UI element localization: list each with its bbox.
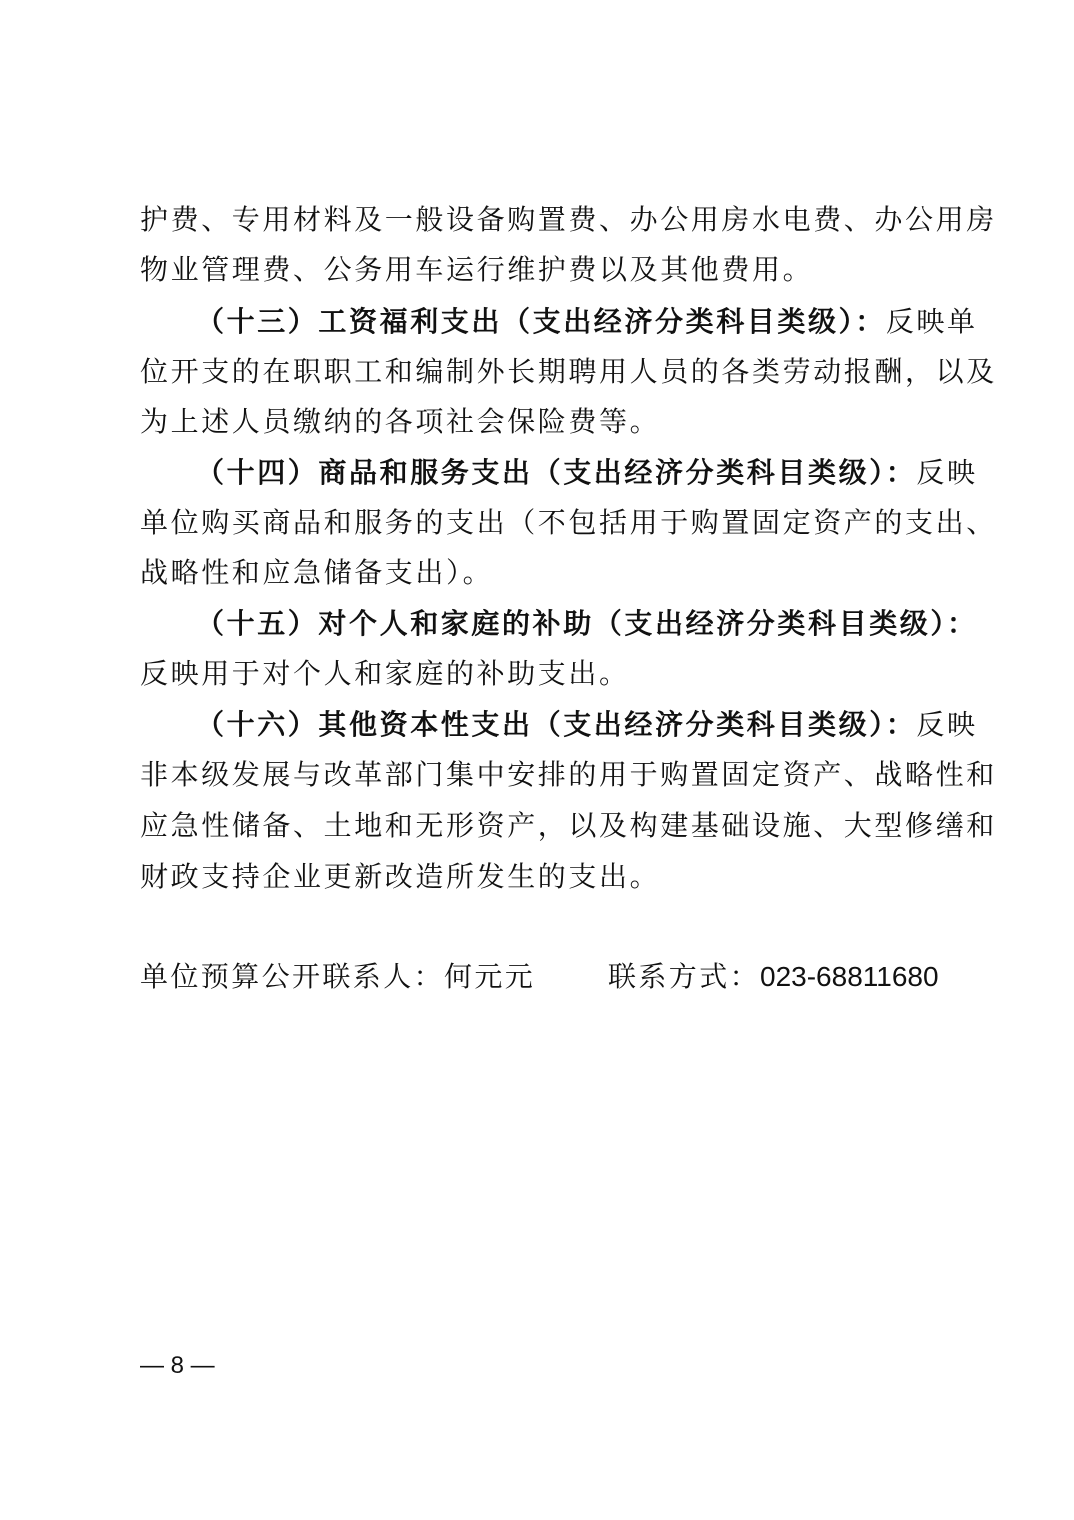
contact-method-label: 联系方式： bbox=[608, 960, 760, 993]
section-13-heading: （十三）工资福利支出（支出经济分类科目类级）： bbox=[196, 305, 886, 338]
section-16-line: 非本级发展与改革部门集中安排的用于购置固定资产、战略性和 bbox=[140, 760, 940, 790]
section-14-text: 反映 bbox=[916, 456, 977, 489]
paragraph-line: 护费、专用材料及一般设备购置费、办公用房水电费、办公用房 bbox=[140, 205, 940, 235]
section-15-line: 反映用于对个人和家庭的补助支出。 bbox=[140, 659, 940, 689]
contact-method: 联系方式：023-68811680 bbox=[608, 962, 939, 992]
contact-person: 单位预算公开联系人：何元元 bbox=[140, 962, 535, 992]
section-13-line: 为上述人员缴纳的各项社会保险费等。 bbox=[140, 407, 940, 437]
section-13-line: 位开支的在职职工和编制外长期聘用人员的各类劳动报酬，以及 bbox=[140, 357, 940, 387]
document-page: 护费、专用材料及一般设备购置费、办公用房水电费、办公用房 物业管理费、公务用车运… bbox=[0, 0, 1074, 1520]
section-14-heading: （十四）商品和服务支出（支出经济分类科目类级）： bbox=[196, 456, 916, 489]
section-15-first-line: （十五）对个人和家庭的补助（支出经济分类科目类级）： bbox=[196, 609, 940, 639]
contact-phone: 023-68811680 bbox=[760, 961, 939, 992]
paragraph-line: 物业管理费、公务用车运行维护费以及其他费用。 bbox=[140, 255, 940, 285]
section-14-line: 战略性和应急储备支出）。 bbox=[140, 558, 940, 588]
section-15-heading: （十五）对个人和家庭的补助（支出经济分类科目类级）： bbox=[196, 607, 978, 640]
section-14-first-line: （十四）商品和服务支出（支出经济分类科目类级）：反映 bbox=[196, 458, 940, 488]
section-14-line: 单位购买商品和服务的支出（不包括用于购置固定资产的支出、 bbox=[140, 508, 940, 538]
section-16-heading: （十六）其他资本性支出（支出经济分类科目类级）： bbox=[196, 708, 916, 741]
section-16-first-line: （十六）其他资本性支出（支出经济分类科目类级）：反映 bbox=[196, 710, 940, 740]
section-13-first-line: （十三）工资福利支出（支出经济分类科目类级）：反映单 bbox=[196, 307, 940, 337]
page-number: — 8 — bbox=[140, 1352, 215, 1380]
section-16-line: 财政支持企业更新改造所发生的支出。 bbox=[140, 862, 940, 892]
section-13-text: 反映单 bbox=[886, 305, 978, 338]
section-16-text: 反映 bbox=[916, 708, 977, 741]
section-16-line: 应急性储备、土地和无形资产，以及构建基础设施、大型修缮和 bbox=[140, 811, 940, 841]
